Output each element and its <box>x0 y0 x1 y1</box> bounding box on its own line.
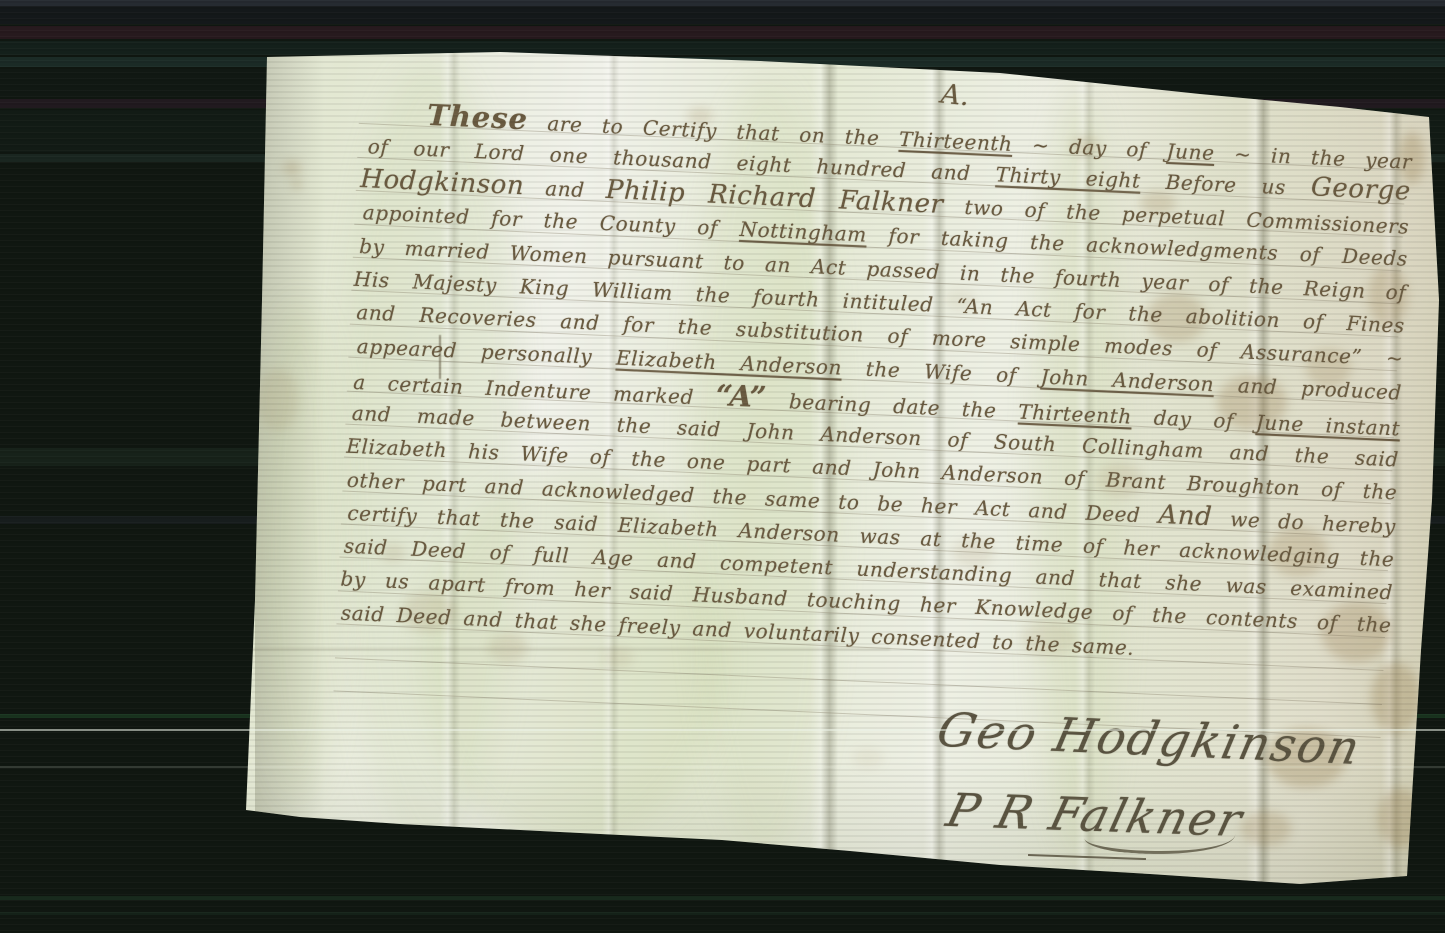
text-segment: June <box>1166 139 1215 165</box>
marginal-exhibit-mark: A. <box>939 79 970 113</box>
stain <box>853 748 883 768</box>
scanner-band <box>0 912 1445 915</box>
text-segment: and <box>524 175 607 203</box>
stain <box>293 181 300 188</box>
text-segment: John Anderson <box>1040 364 1215 396</box>
text-segment: day of <box>1131 405 1256 434</box>
stain <box>283 161 301 175</box>
text-segment: Thirteenth <box>1018 400 1133 429</box>
stain <box>1241 811 1291 846</box>
text-segment: “A” <box>715 378 768 414</box>
text-segment: we do hereby <box>1212 507 1397 539</box>
text-segment: Nottingham <box>739 217 867 247</box>
scanner-band <box>0 896 1445 900</box>
scanner-band <box>0 41 1445 55</box>
scanner-band <box>0 6 1445 24</box>
text-segment: George <box>1310 173 1411 207</box>
text-segment: ~ day of <box>1012 132 1167 163</box>
text-segment: the Wife of <box>841 355 1041 388</box>
text-segment: and produced <box>1214 372 1403 404</box>
text-segment: Hodgkinson <box>360 164 525 201</box>
text-segment: Before us <box>1140 169 1311 201</box>
scanner-band <box>0 26 1445 39</box>
text-segment: Thirty eight <box>995 163 1141 193</box>
document-text: These are to Certify that on the Thirtee… <box>335 96 1413 743</box>
text-segment: And <box>1158 500 1213 532</box>
text-segment: Thirteenth <box>898 127 1013 156</box>
stain <box>1378 788 1423 848</box>
stain <box>257 369 299 431</box>
text-segment: June instant <box>1255 410 1400 440</box>
scanned-document-page: A. These are to Certify that on the Thir… <box>0 0 1445 933</box>
text-segment: Elizabeth Anderson <box>616 345 843 379</box>
text-segment: These <box>426 98 528 136</box>
